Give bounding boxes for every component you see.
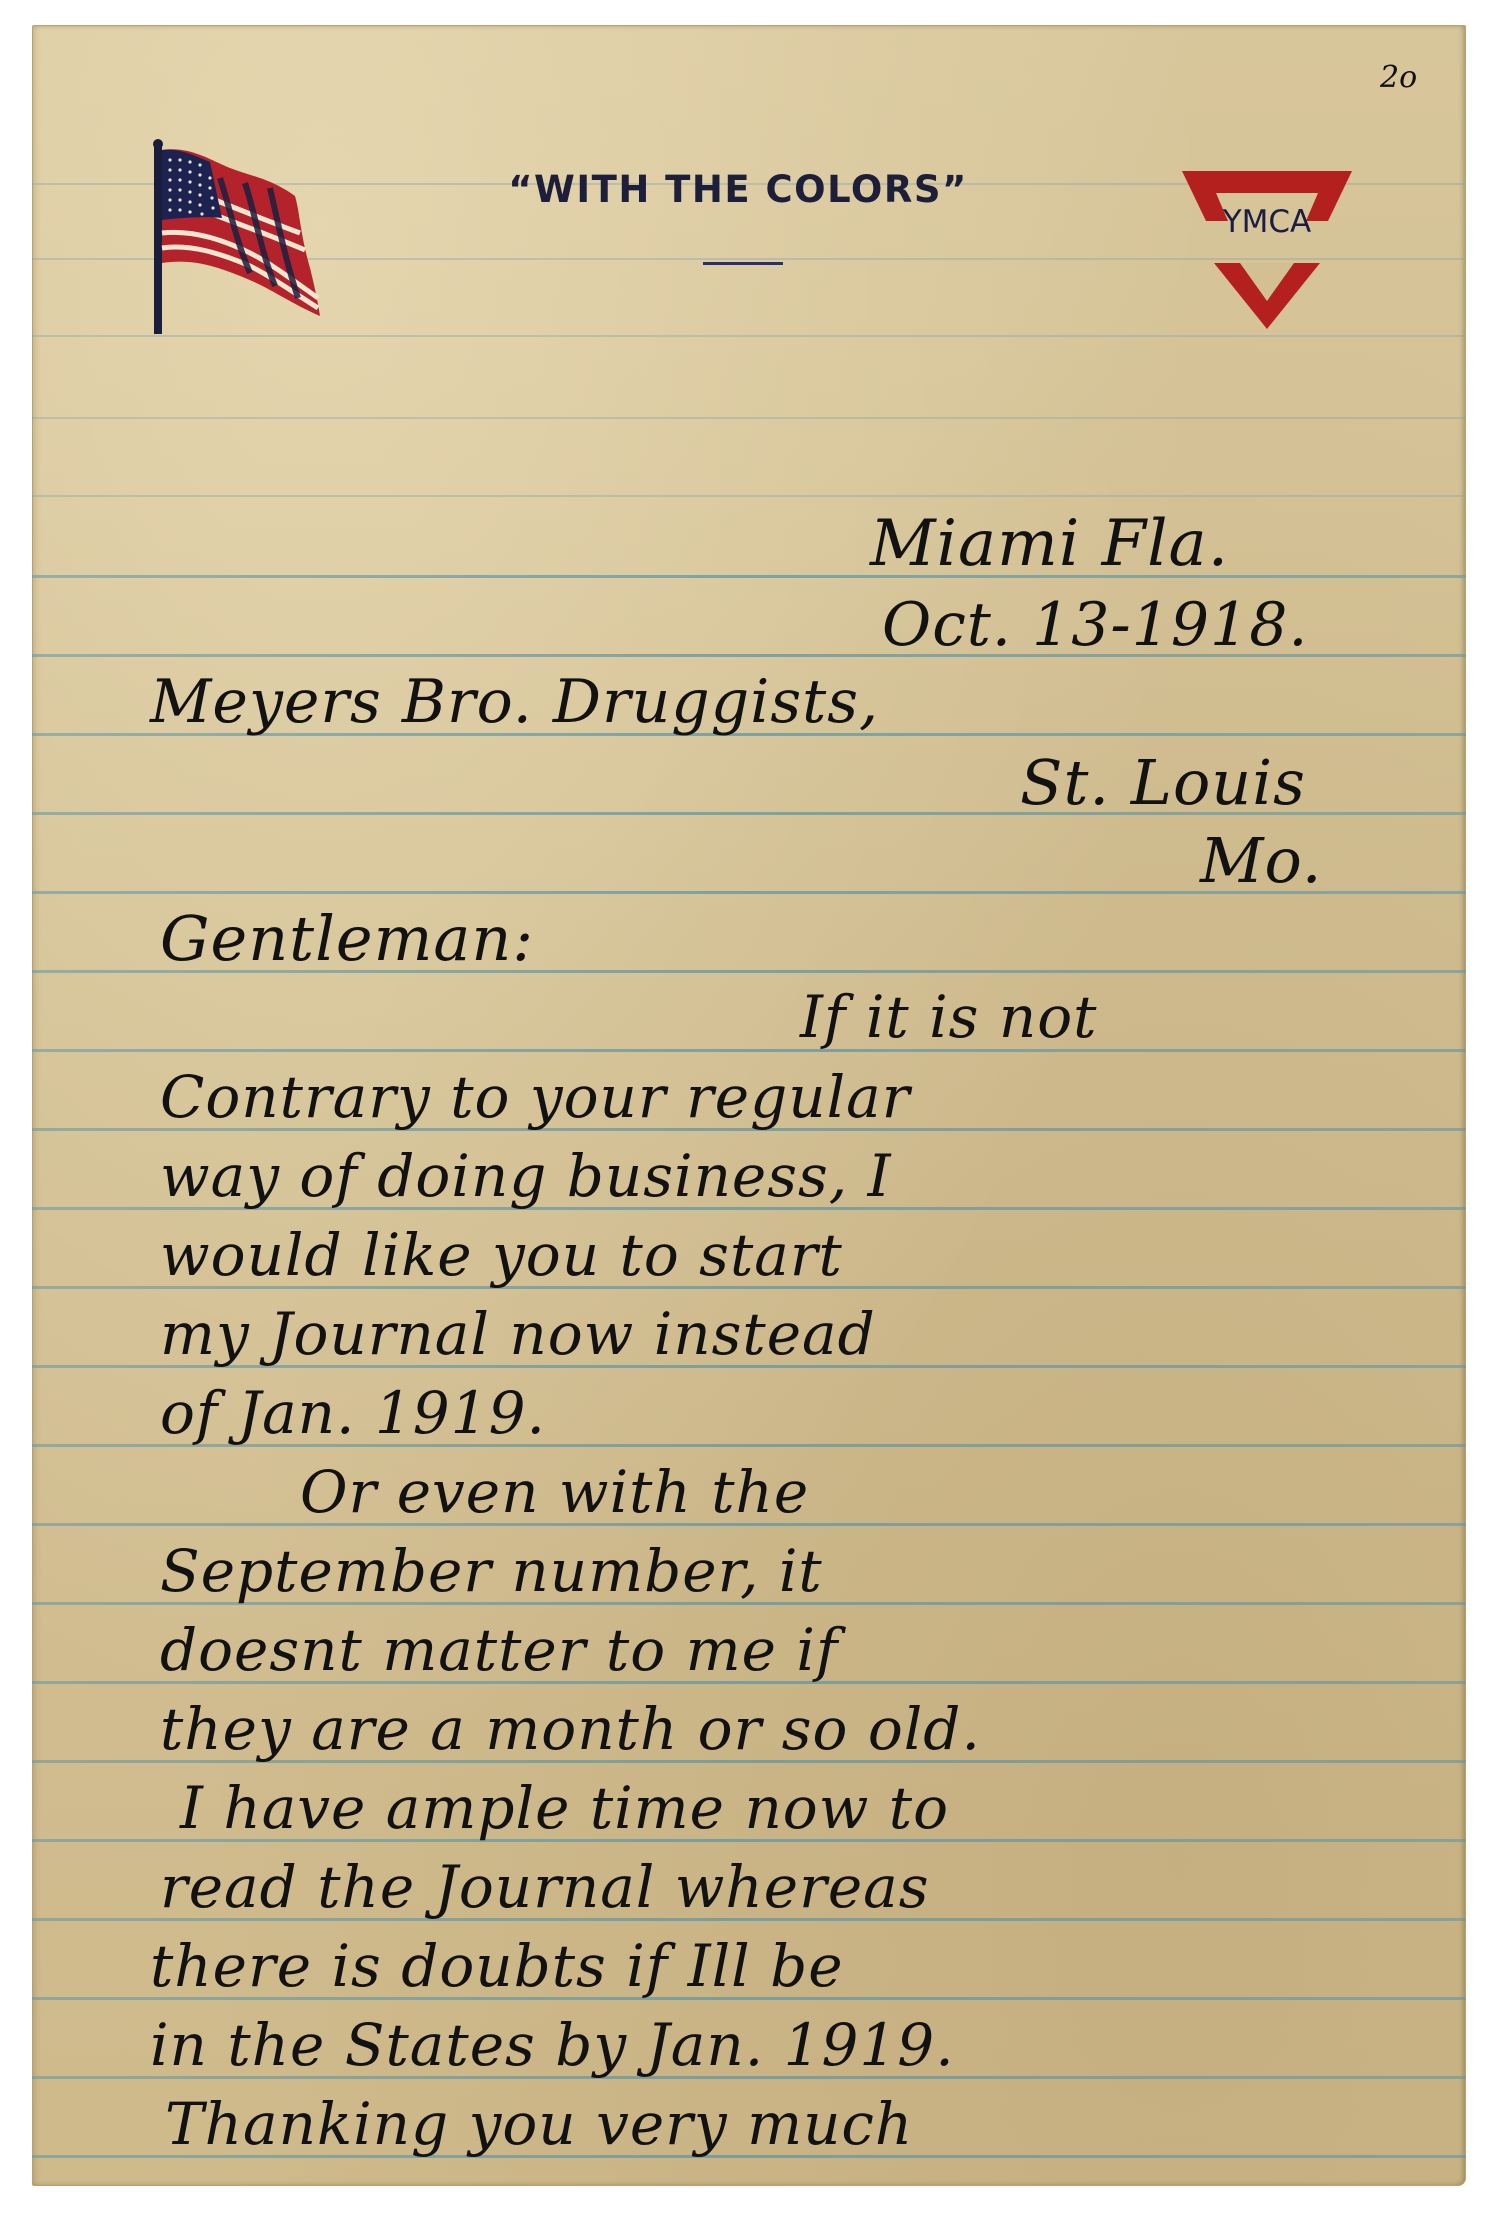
body-line: read the Journal whereas: [160, 1858, 930, 1916]
ruled-line: [32, 495, 1466, 497]
addressee-state: Mo.: [1200, 830, 1322, 892]
body-line: in the States by Jan. 1919.: [150, 2016, 955, 2074]
body-line: would like you to start: [160, 1226, 843, 1284]
ymca-triangle-icon: [1178, 163, 1356, 331]
ruled-line: [32, 417, 1466, 419]
letter-place: Miami Fla.: [870, 512, 1229, 576]
body-line: they are a month or so old.: [160, 1700, 981, 1758]
body-line: there is doubts if Ill be: [150, 1937, 844, 1995]
body-line: Thanking you very much: [165, 2095, 913, 2153]
body-line: If it is not: [800, 988, 1097, 1046]
ymca-logo-text: YMCA: [1192, 204, 1342, 240]
ruled-line: [32, 575, 1466, 578]
body-line: doesnt matter to me if: [160, 1621, 838, 1679]
letter-date: Oct. 13-1918.: [882, 595, 1308, 655]
body-line: September number, it: [160, 1542, 823, 1600]
body-line: my Journal now instead: [160, 1305, 876, 1363]
body-line: Contrary to your regular: [160, 1068, 910, 1126]
body-line: of Jan. 1919.: [160, 1384, 546, 1442]
us-flag-icon: [150, 138, 330, 338]
addressee-city: St. Louis: [1020, 752, 1306, 814]
ruled-line: [32, 1049, 1466, 1052]
addressee-name: Meyers Bro. Druggists,: [150, 672, 879, 732]
salutation: Gentleman:: [160, 908, 534, 970]
page-number: 2o: [1380, 60, 1417, 95]
letterhead-divider: [703, 262, 783, 265]
body-line: Or even with the: [300, 1463, 809, 1521]
letterhead-title: “WITH THE COLORS”: [428, 168, 1048, 211]
body-line: I have ample time now to: [180, 1779, 949, 1837]
body-line: way of doing business, I: [160, 1147, 892, 1205]
